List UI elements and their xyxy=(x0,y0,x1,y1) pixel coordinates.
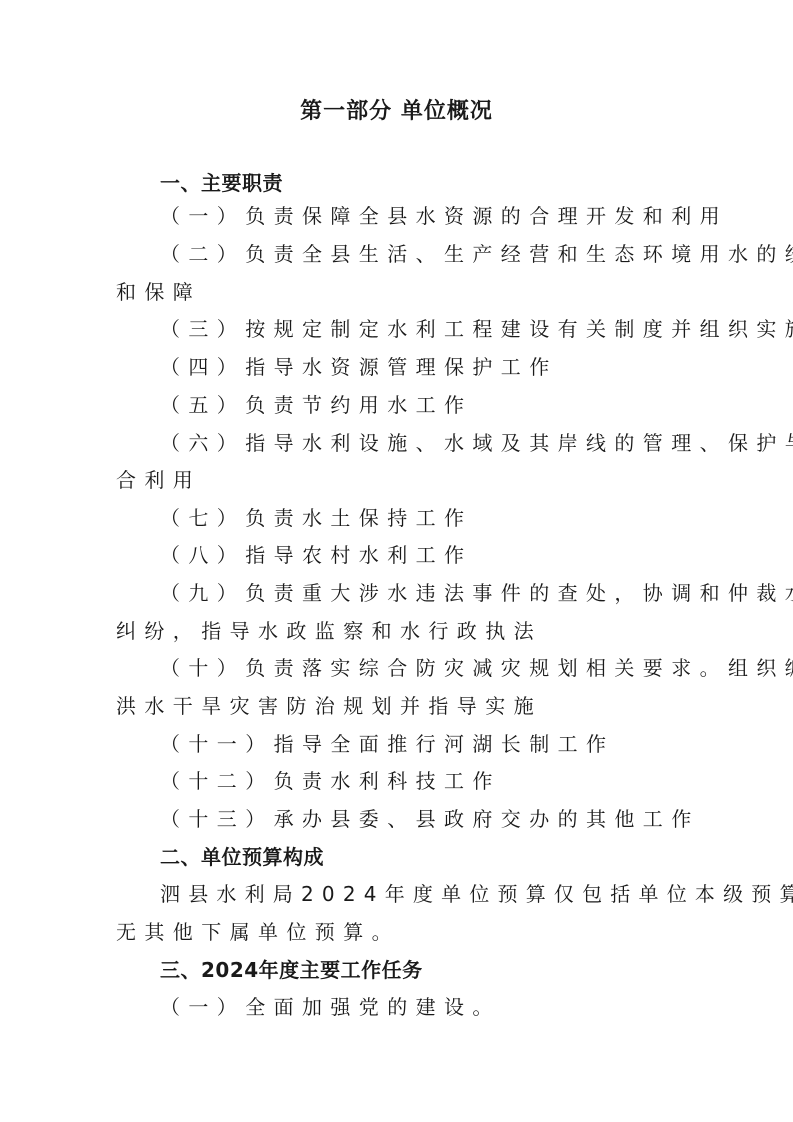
responsibility-item-2-cont: 和保障 xyxy=(116,279,676,305)
responsibility-item-5: （五）负责节约用水工作 xyxy=(160,392,720,418)
responsibility-item-6-cont: 合利用 xyxy=(116,467,676,493)
responsibility-item-8: （八）指导农村水利工作 xyxy=(160,542,720,568)
section-heading-main-tasks: 三、2024年度主要工作任务 xyxy=(160,957,720,983)
section-heading-budget-composition: 二、单位预算构成 xyxy=(160,844,720,870)
responsibility-item-9-cont: 纠纷，指导水政监察和水行政执法 xyxy=(116,618,676,644)
responsibility-item-1: （一）负责保障全县水资源的合理开发和利用 xyxy=(160,203,720,229)
page-title: 第一部分 单位概况 xyxy=(0,94,793,125)
responsibility-item-7: （七）负责水土保持工作 xyxy=(160,505,720,531)
responsibility-item-2: （二）负责全县生活、生产经营和生态环境用水的统筹 xyxy=(160,241,720,267)
responsibility-item-3: （三）按规定制定水利工程建设有关制度并组织实施 xyxy=(160,316,720,342)
section-heading-responsibilities: 一、主要职责 xyxy=(160,170,720,196)
responsibility-item-12: （十二）负责水利科技工作 xyxy=(160,768,720,794)
responsibility-item-4: （四）指导水资源管理保护工作 xyxy=(160,354,720,380)
budget-paragraph-line-2: 无其他下属单位预算。 xyxy=(116,919,676,945)
responsibility-item-10: （十）负责落实综合防灾减灾规划相关要求。组织编制 xyxy=(160,655,720,681)
responsibility-item-10-cont: 洪水干旱灾害防治规划并指导实施 xyxy=(116,693,676,719)
responsibility-item-9: （九）负责重大涉水违法事件的查处，协调和仲裁水事 xyxy=(160,580,720,606)
responsibility-item-11: （十一）指导全面推行河湖长制工作 xyxy=(160,731,720,757)
responsibility-item-13: （十三）承办县委、县政府交办的其他工作 xyxy=(160,806,720,832)
responsibility-item-6: （六）指导水利设施、水域及其岸线的管理、保护与综 xyxy=(160,430,720,456)
task-item-1: （一）全面加强党的建设。 xyxy=(160,994,720,1020)
document-page: 第一部分 单位概况 一、主要职责 （一）负责保障全县水资源的合理开发和利用 （二… xyxy=(0,0,793,1122)
budget-paragraph-line-1: 泗县水利局2024年度单位预算仅包括单位本级预算， xyxy=(160,881,720,907)
